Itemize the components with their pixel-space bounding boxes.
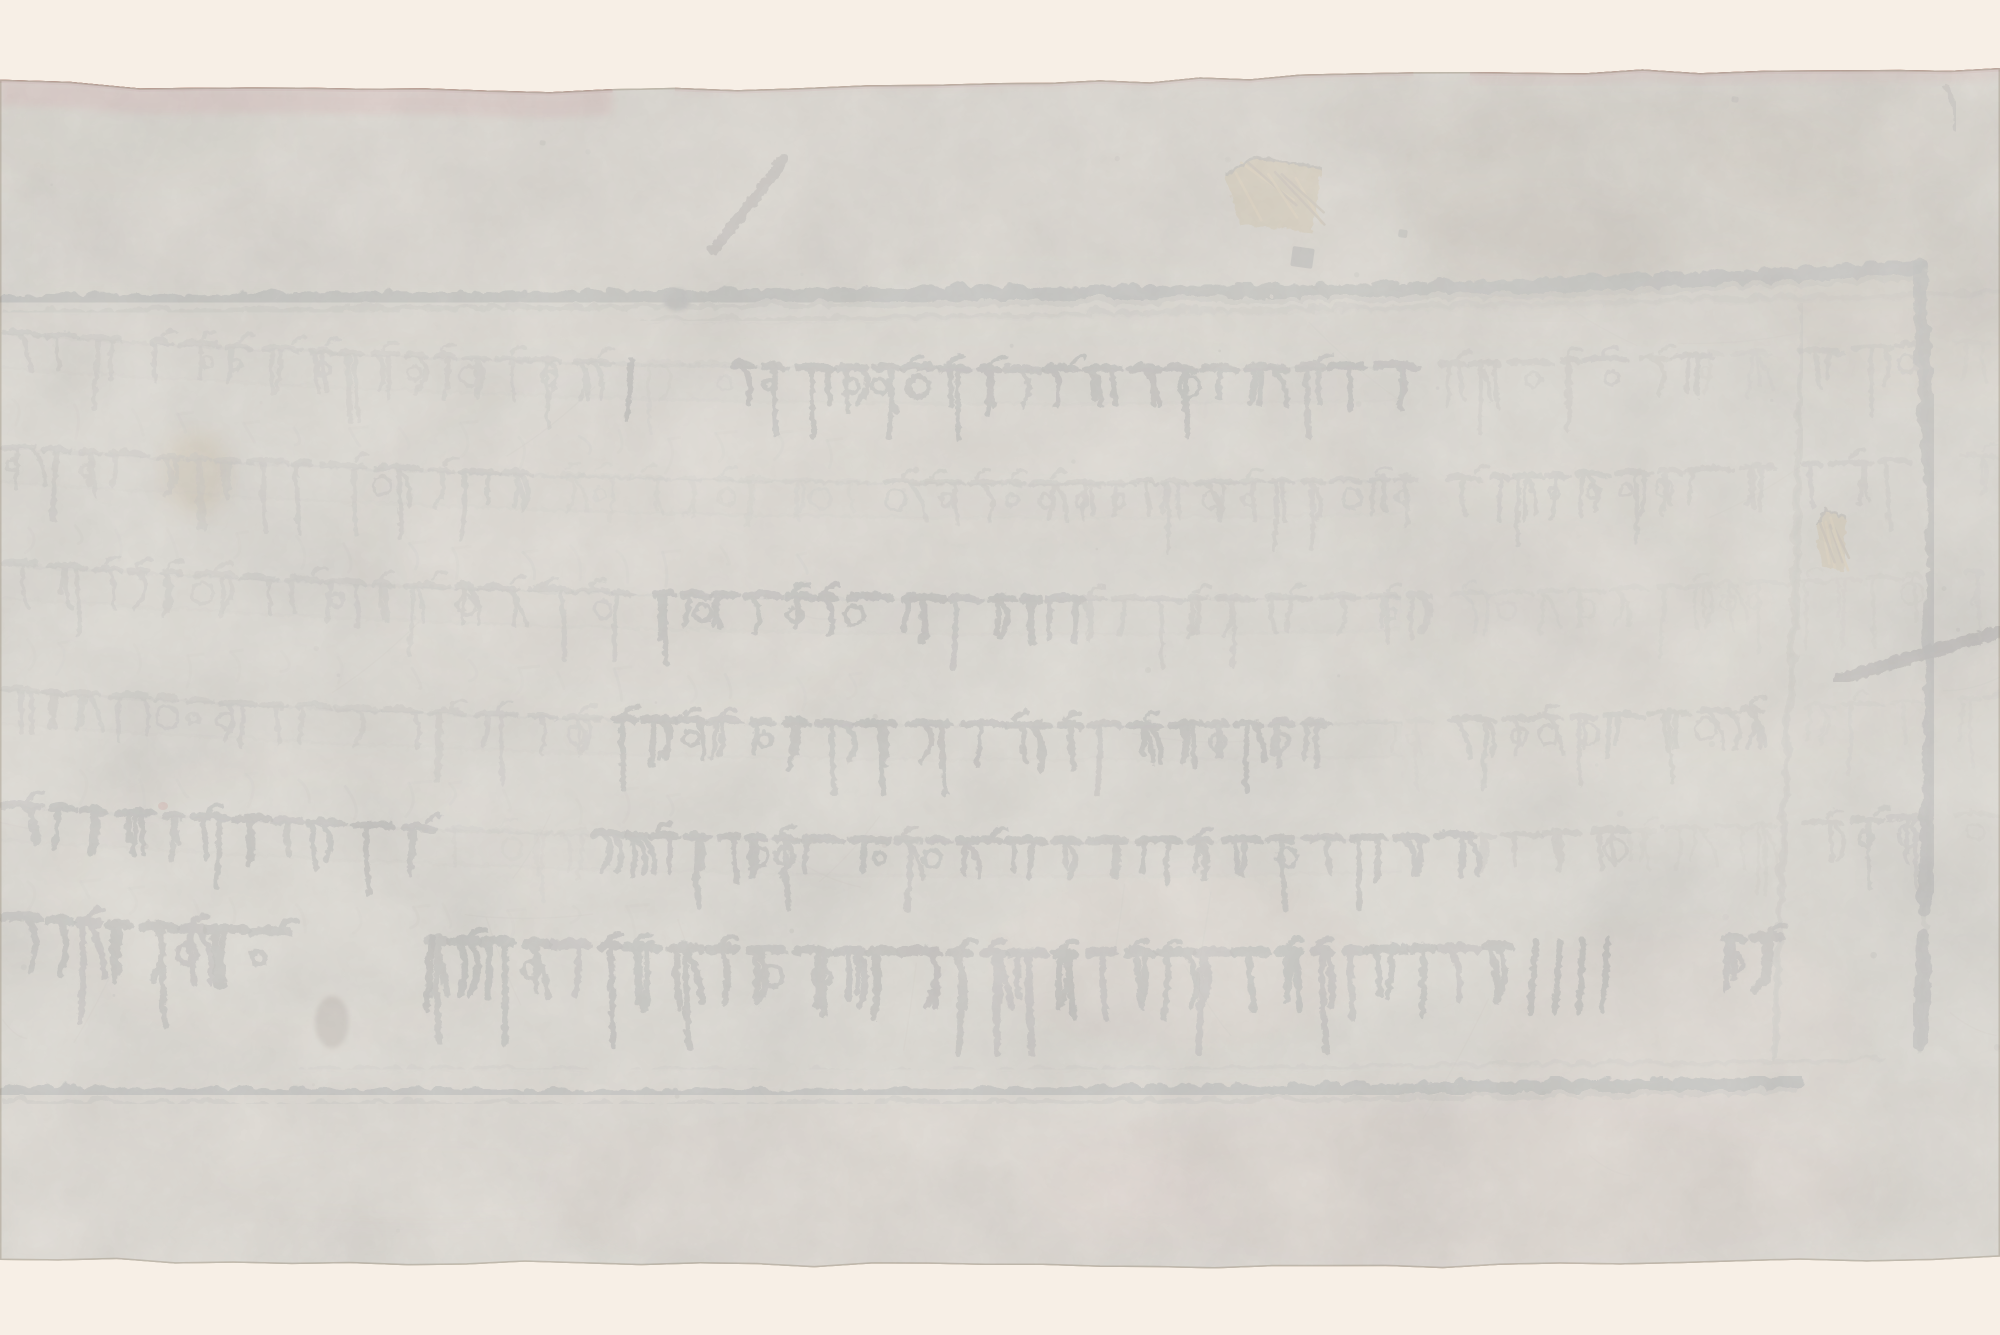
manuscript-render	[0, 0, 2000, 1335]
paper-sheet	[0, 0, 2000, 1335]
manuscript-photo: Aged Tibetan pecha manuscript leaf: six …	[0, 0, 2000, 1335]
paper-texture	[0, 0, 2000, 1335]
